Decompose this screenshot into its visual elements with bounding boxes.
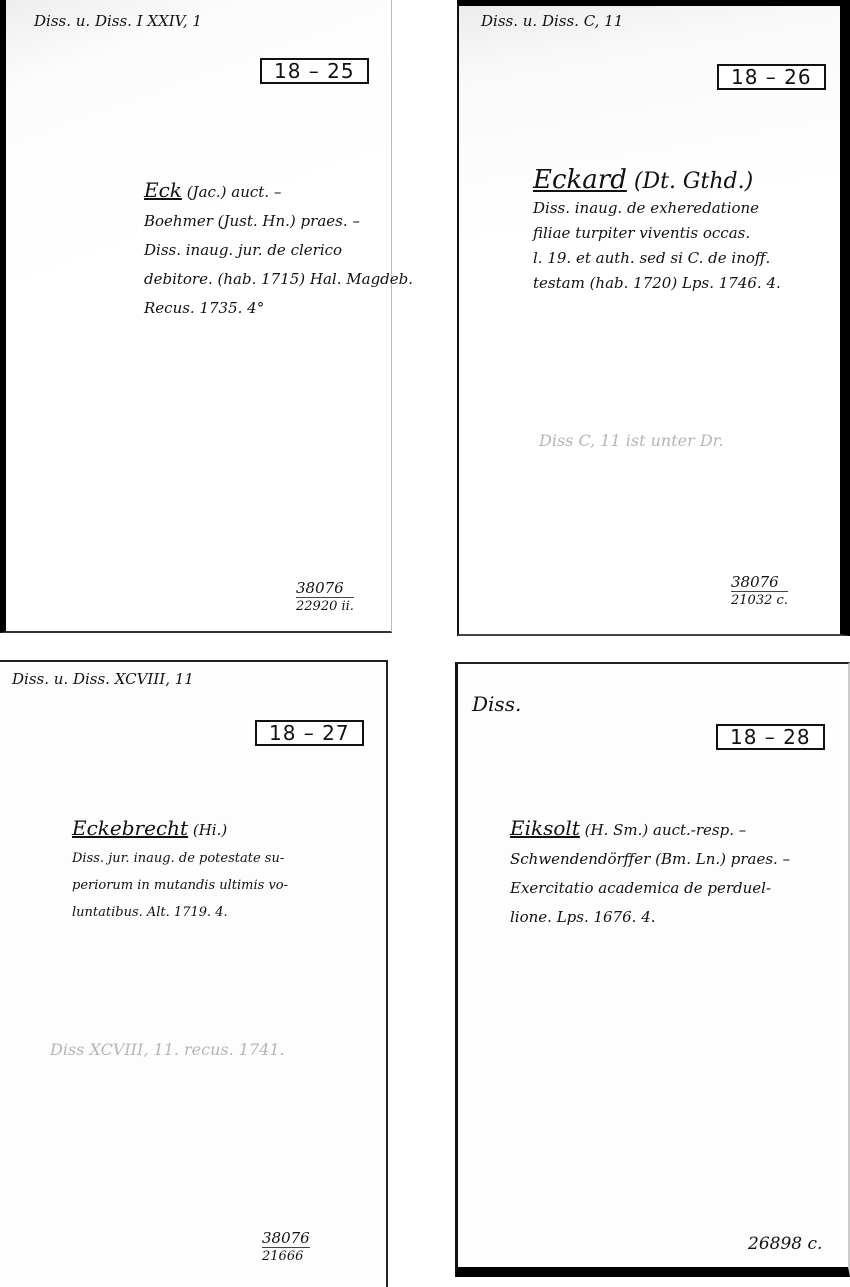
accession-numbers: 38076 21032 c.	[731, 574, 788, 609]
accession-number: 38076	[296, 580, 354, 597]
accession-numbers: 38076 22920 ii.	[296, 580, 354, 615]
entry-line: (Hi.)	[193, 821, 227, 839]
call-number: 18 – 27	[255, 720, 364, 746]
pencil-note: Diss XCVIII, 11. recus. 1741.	[50, 1040, 285, 1059]
catalog-card-18-25: Diss. u. Diss. I XXIV, 1 18 – 25 Eck (Ja…	[0, 0, 392, 633]
entry-line: l. 19. et auth. sed si C. de inoff.	[533, 246, 781, 271]
shelfmark: Diss. u. Diss. C, 11	[481, 12, 623, 30]
entry-line: Diss. jur. inaug. de potestate su-	[72, 845, 288, 872]
call-number: 18 – 26	[717, 64, 826, 90]
entry-line: Schwendendörffer (Bm. Ln.) praes. –	[510, 845, 790, 874]
entry-line: debitore. (hab. 1715) Hal. Magdeb.	[144, 265, 413, 294]
accession-numbers: 38076 21666	[262, 1230, 310, 1265]
pencil-note: Diss C, 11 ist unter Dr.	[539, 431, 724, 450]
entry-line: periorum in mutandis ultimis vo-	[72, 872, 288, 899]
entry-line: Boehmer (Just. Hn.) praes. –	[144, 207, 413, 236]
shelfmark: Diss.	[472, 692, 521, 716]
entry-line: lione. Lps. 1676. 4.	[510, 903, 790, 932]
accession-number-secondary: 21032 c.	[731, 591, 788, 609]
entry-line: (Dt. Gthd.)	[634, 169, 753, 194]
accession-number: 26898 c.	[748, 1236, 822, 1253]
entry-line: filiae turpiter viventis occas.	[533, 221, 781, 246]
card-entry: Eiksolt (H. Sm.) auct.-resp. – Schwenden…	[510, 814, 790, 932]
card-entry: Eck (Jac.) auct. – Boehmer (Just. Hn.) p…	[144, 176, 413, 323]
shelfmark: Diss. u. Diss. I XXIV, 1	[34, 12, 202, 30]
entry-line: testam (hab. 1720) Lps. 1746. 4.	[533, 271, 781, 296]
author-name: Eckebrecht	[72, 816, 188, 840]
accession-number: 38076	[731, 574, 788, 591]
author-name: Eckard	[533, 165, 627, 195]
catalog-card-18-26: Diss. u. Diss. C, 11 18 – 26 Eckard (Dt.…	[457, 0, 850, 636]
card-entry: Eckebrecht (Hi.) Diss. jur. inaug. de po…	[72, 814, 288, 926]
accession-number-secondary: 21666	[262, 1247, 310, 1265]
entry-line: Diss. inaug. de exheredatione	[533, 196, 781, 221]
catalog-card-18-28: Diss. 18 – 28 Eiksolt (H. Sm.) auct.-res…	[455, 662, 850, 1277]
author-name: Eck	[144, 178, 182, 202]
author-name: Eiksolt	[510, 816, 580, 840]
card-entry: Eckard (Dt. Gthd.) Diss. inaug. de exher…	[533, 166, 781, 296]
catalog-card-18-27: Diss. u. Diss. XCVIII, 11 18 – 27 Eckebr…	[0, 660, 388, 1287]
entry-line: (Jac.) auct. –	[187, 183, 282, 201]
call-number: 18 – 28	[716, 724, 825, 750]
entry-line: luntatibus. Alt. 1719. 4.	[72, 899, 288, 926]
accession-numbers: 26898 c.	[748, 1236, 822, 1253]
entry-line: Exercitatio academica de perduel-	[510, 874, 790, 903]
entry-line: Recus. 1735. 4°	[144, 294, 413, 323]
call-number: 18 – 25	[260, 58, 369, 84]
accession-number: 38076	[262, 1230, 310, 1247]
entry-line: (H. Sm.) auct.-resp. –	[585, 821, 747, 839]
shelfmark: Diss. u. Diss. XCVIII, 11	[12, 670, 194, 688]
accession-number-secondary: 22920 ii.	[296, 597, 354, 615]
entry-line: Diss. inaug. jur. de clerico	[144, 236, 413, 265]
